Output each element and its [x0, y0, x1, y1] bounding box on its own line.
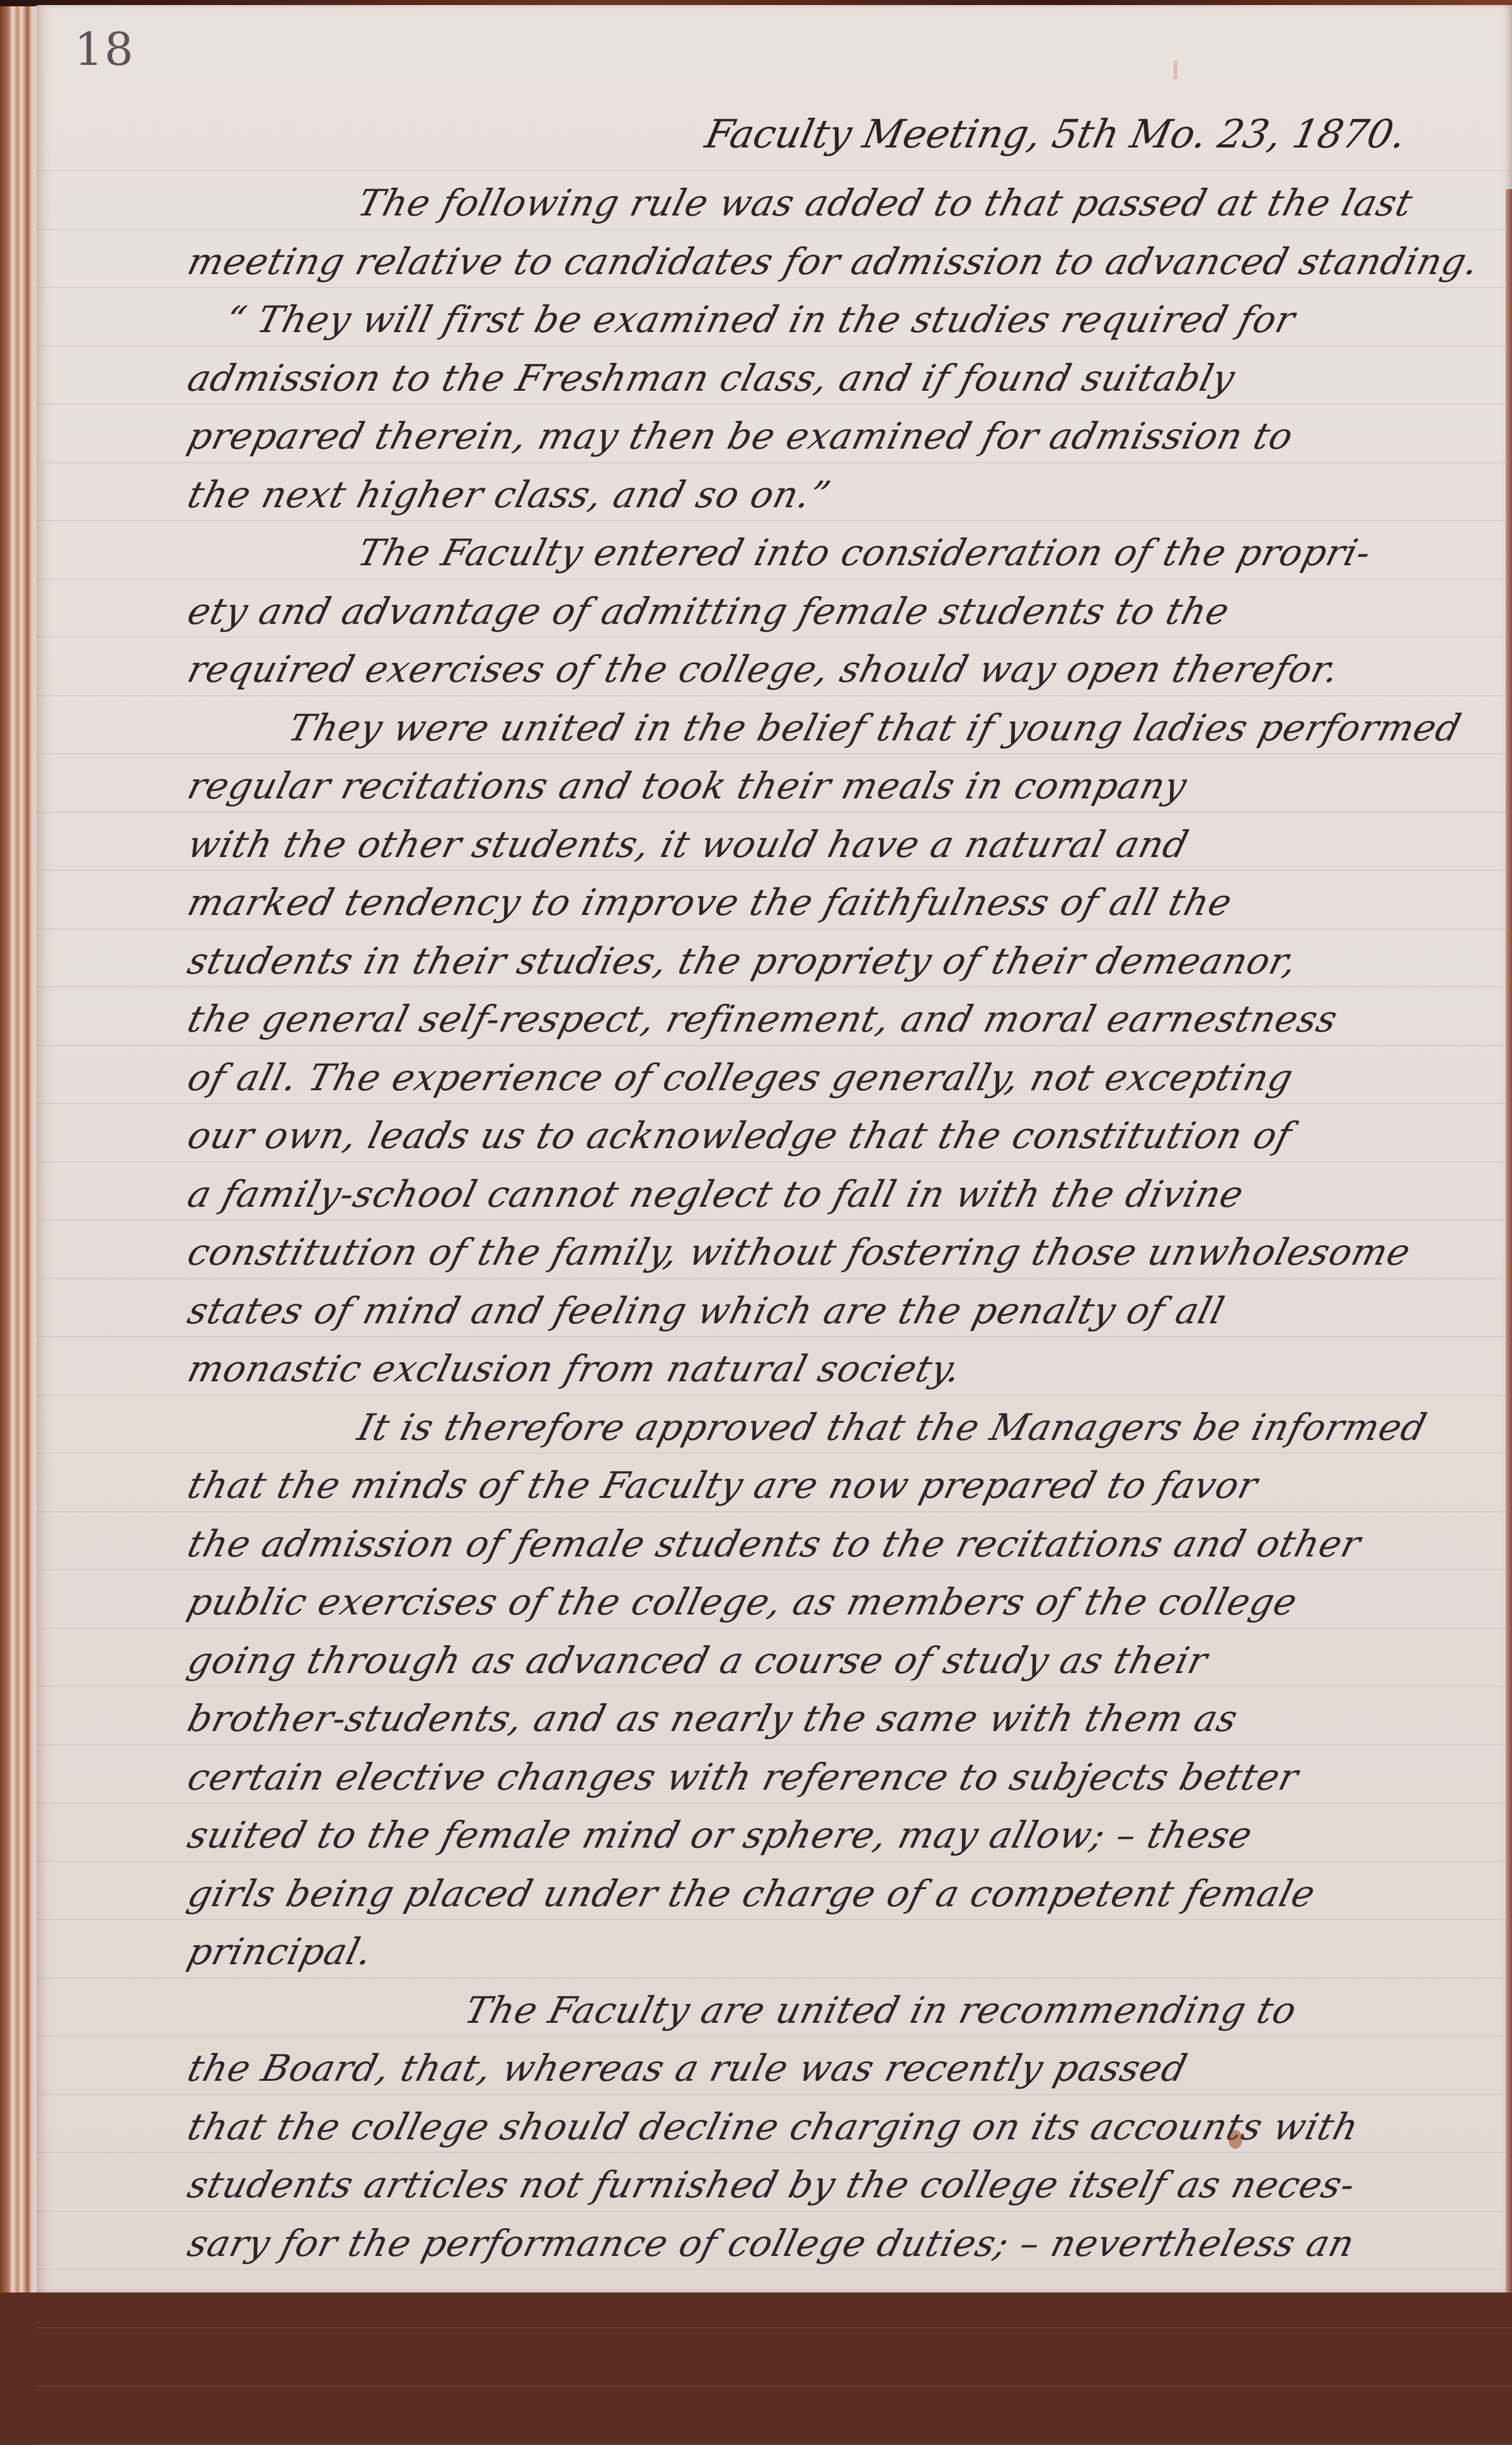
handwritten-line: prepared therein, may then be examined f…	[181, 407, 1512, 466]
ruled-line	[37, 1336, 1512, 1337]
ruled-line	[37, 229, 1512, 230]
handwritten-line: The following rule was added to that pas…	[181, 174, 1512, 233]
ruled-line	[37, 1686, 1512, 1687]
book-right-edge	[1506, 189, 1512, 2293]
handwritten-line: admission to the Freshman class, and if …	[181, 349, 1512, 408]
handwritten-line: The Faculty entered into consideration o…	[181, 524, 1512, 582]
handwritten-line: the Board, that, whereas a rule was rece…	[181, 2039, 1512, 2098]
ruled-line	[37, 287, 1512, 288]
ruled-line	[37, 462, 1512, 463]
ruled-line	[37, 1744, 1512, 1746]
ruled-line	[37, 2094, 1512, 2095]
handwritten-line: students articles not furnished by the c…	[181, 2156, 1512, 2214]
ruled-line	[37, 636, 1512, 638]
handwritten-line: required exercises of the college, shoul…	[181, 640, 1512, 699]
ruled-line	[37, 2211, 1512, 2212]
ink-stain	[1228, 2130, 1242, 2149]
handwritten-line: that the college should decline charging…	[181, 2098, 1512, 2156]
handwritten-line: that the minds of the Faculty are now pr…	[181, 1456, 1512, 1515]
ruled-line	[37, 1919, 1512, 1920]
ruled-line	[37, 986, 1512, 987]
handwritten-line: constitution of the family, without fost…	[181, 1223, 1512, 1282]
handwritten-line: meeting relative to candidates for admis…	[181, 233, 1512, 291]
handwritten-line: sary for the performance of college duti…	[181, 2214, 1512, 2273]
ruled-line	[37, 1511, 1512, 1512]
handwritten-line: of all. The experience of colleges gener…	[181, 1049, 1512, 1107]
ruled-line	[37, 1161, 1512, 1163]
ruled-line	[37, 753, 1512, 754]
handwritten-line: marked tendency to improve the faithfuln…	[181, 873, 1512, 932]
handwritten-line: ety and advantage of admitting female st…	[181, 582, 1512, 641]
handwritten-line: students in their studies, the propriety…	[181, 932, 1512, 991]
handwritten-line: public exercises of the college, as memb…	[181, 1573, 1512, 1631]
ruled-line	[37, 2269, 1512, 2270]
handwritten-line: monastic exclusion from natural society.	[181, 1340, 1512, 1398]
meeting-heading: Faculty Meeting, 5th Mo. 23, 1870.	[701, 111, 1410, 157]
ruled-line	[37, 1453, 1512, 1454]
ruled-line	[37, 928, 1512, 929]
handwritten-line: a family-school cannot neglect to fall i…	[181, 1165, 1512, 1224]
handwritten-line: “ They will first be examined in the stu…	[181, 291, 1512, 349]
ruled-line	[37, 1977, 1512, 1979]
handwritten-line: certain elective changes with reference …	[181, 1748, 1512, 1807]
handwritten-line: the general self-respect, refinement, an…	[181, 990, 1512, 1049]
ruled-line	[37, 520, 1512, 521]
ruled-line	[37, 578, 1512, 580]
ruled-line	[37, 1278, 1512, 1279]
handwritten-line: going through as advanced a course of st…	[181, 1631, 1512, 1690]
handwritten-line: states of mind and feeling which are the…	[181, 1282, 1512, 1340]
ruled-line	[37, 695, 1512, 696]
handwritten-line: brother-students, and as nearly the same…	[181, 1689, 1512, 1748]
ruled-line	[37, 1802, 1512, 1804]
handwritten-line: The Faculty are united in recommending t…	[181, 1981, 1512, 2040]
handwritten-line: They were united in the belief that if y…	[181, 699, 1512, 757]
handwritten-line: our own, leads us to acknowledge that th…	[181, 1107, 1512, 1165]
ruled-line	[37, 870, 1512, 871]
handwritten-line: principal.	[181, 1923, 1512, 1981]
ledger-book: 18 Faculty Meeting, 5th Mo. 23, 1870. Th…	[0, 0, 1512, 2293]
ruled-line	[37, 403, 1512, 405]
handwritten-line: with the other students, it would have a…	[181, 815, 1512, 874]
handwritten-line: It is therefore approved that the Manage…	[181, 1398, 1512, 1457]
handwritten-line: regular recitations and took their meals…	[181, 757, 1512, 815]
handwritten-minutes: The following rule was added to that pas…	[181, 174, 1504, 2272]
handwritten-line: girls being placed under the charge of a…	[181, 1865, 1512, 1923]
ruled-line	[37, 345, 1512, 347]
ruled-line	[37, 1045, 1512, 1046]
ruled-line	[37, 1628, 1512, 1629]
ruled-line	[37, 170, 1512, 171]
ruled-line	[37, 1569, 1512, 1570]
handwritten-line: the admission of female students to the …	[181, 1515, 1512, 1573]
ruled-line	[37, 2152, 1512, 2153]
ruled-line	[37, 2035, 1512, 2037]
ruled-line	[37, 1861, 1512, 1862]
ledger-page: 18 Faculty Meeting, 5th Mo. 23, 1870. Th…	[37, 5, 1512, 2293]
handwritten-line: suited to the female mind or sphere, may…	[181, 1806, 1512, 1865]
ruled-line	[37, 1395, 1512, 1396]
page-number: 18	[74, 23, 135, 76]
ruled-line	[37, 1219, 1512, 1221]
ruled-line	[37, 812, 1512, 813]
ruled-line	[37, 1103, 1512, 1104]
paper-smudge	[1174, 60, 1177, 79]
handwritten-line: the next higher class, and so on.”	[181, 466, 1512, 524]
